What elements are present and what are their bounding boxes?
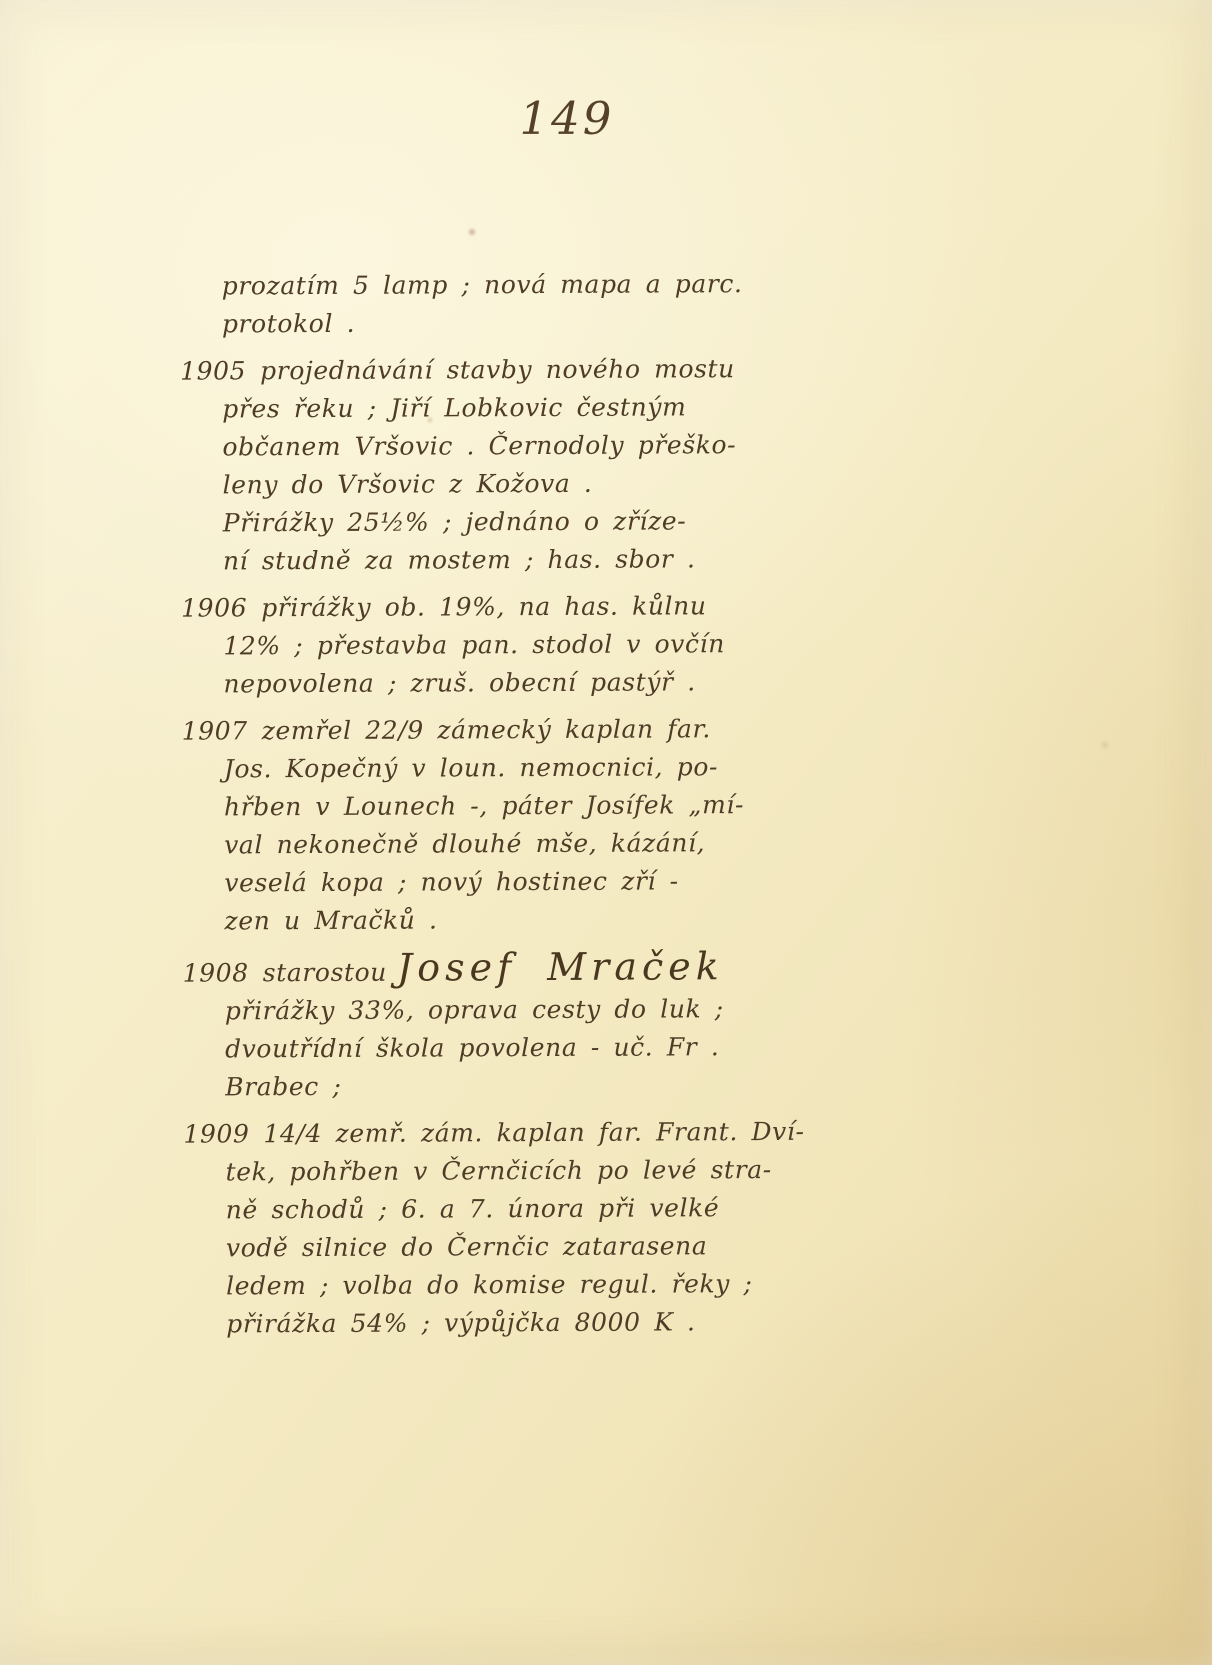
entry-first-line-text: projednávání stavby nového mostu xyxy=(260,354,735,385)
handwritten-line: veselá kopa ; nový hostinec zří - xyxy=(182,861,902,902)
year-entries: 1905projednávání stavby nového mostupřes… xyxy=(180,349,904,1343)
chronicle-scanned-page: 149 prozatím 5 lamp ; nová mapa a parc.p… xyxy=(0,0,1212,1665)
entry-first-line-text: zemřel 22/9 zámecký kaplan far. xyxy=(262,714,711,745)
handwritten-line: 12% ; přestavba pan. stodol v ovčín xyxy=(181,624,901,665)
handwritten-line: nepovolena ; zruš. obecní pastýř . xyxy=(181,662,901,703)
entry-year: 1905 xyxy=(180,356,246,385)
entry-year: 1908 xyxy=(183,958,249,987)
handwritten-line: Jos. Kopečný v loun. nemocnici, po- xyxy=(182,747,902,788)
handwritten-line: Brabec ; xyxy=(183,1065,903,1106)
handwritten-line: tek, pohřben v Černčicích po levé stra- xyxy=(184,1150,904,1191)
handwritten-line: zen u Mračků . xyxy=(182,899,902,940)
handwritten-line: ní studně za mostem ; has. sbor . xyxy=(181,539,901,580)
handwritten-line: 1906přirážky ob. 19%, na has. kůlnu xyxy=(181,586,901,627)
year-entry: 1905projednávání stavby nového mostupřes… xyxy=(180,349,901,580)
handwritten-line: dvoutřídní škola povolena - uč. Fr . xyxy=(183,1027,903,1068)
year-entry: 1907zemřel 22/9 zámecký kaplan far.Jos. … xyxy=(182,709,903,940)
handwritten-line: 1907zemřel 22/9 zámecký kaplan far. xyxy=(182,709,902,750)
entry-first-line-text: 14/4 zemř. zám. kaplan far. Frant. Dví- xyxy=(263,1117,804,1148)
handwritten-text-block: prozatím 5 lamp ; nová mapa a parc.proto… xyxy=(180,264,905,1343)
entry-year: 1909 xyxy=(183,1119,249,1148)
handwritten-line: prozatím 5 lamp ; nová mapa a parc. xyxy=(180,264,900,305)
entry-year: 1907 xyxy=(182,716,248,745)
handwritten-line: 1905projednávání stavby nového mostu xyxy=(180,349,900,390)
handwritten-line: ně schodů ; 6. a 7. února při velké xyxy=(184,1188,904,1229)
handwritten-line: leny do Vršovic z Kožova . xyxy=(181,463,901,504)
page-number: 149 xyxy=(0,92,1134,145)
handwritten-line: přirážky 33%, oprava cesty do luk ; xyxy=(183,989,903,1030)
handwritten-line: vodě silnice do Černčic zatarasena xyxy=(184,1226,904,1267)
entry-first-line-text: starostou xyxy=(263,958,387,988)
handwritten-line: Přirážky 25½% ; jednáno o zříze- xyxy=(181,501,901,542)
handwritten-line: 190914/4 zemř. zám. kaplan far. Frant. D… xyxy=(183,1112,903,1153)
handwritten-line: občanem Vršovic . Černodoly přeško- xyxy=(180,425,900,466)
entry-first-line-text: přirážky ob. 19%, na has. kůlnu xyxy=(261,591,706,622)
handwritten-line: ledem ; volba do komise regul. řeky ; xyxy=(184,1264,904,1305)
handwritten-line: přes řeku ; Jiří Lobkovic čestným xyxy=(180,387,900,428)
intro-lines: prozatím 5 lamp ; nová mapa a parc.proto… xyxy=(180,264,900,343)
year-entry: 190914/4 zemř. zám. kaplan far. Frant. D… xyxy=(183,1112,904,1343)
handwritten-line: hřben v Lounech -, páter Josífek „mí- xyxy=(182,785,902,826)
handwritten-line: protokol . xyxy=(180,302,900,343)
entry-year: 1906 xyxy=(181,593,247,622)
handwritten-line: 1908starostouJosef Mraček xyxy=(183,946,903,992)
year-entry: 1906přirážky ob. 19%, na has. kůlnu12% ;… xyxy=(181,586,901,703)
handwritten-line: val nekonečně dlouhé mše, kázání, xyxy=(182,823,902,864)
handwritten-line: přirážka 54% ; výpůjčka 8000 K . xyxy=(184,1302,904,1343)
mayor-name-emphasis: Josef Mraček xyxy=(397,944,724,989)
year-entry: 1908starostouJosef Mračekpřirážky 33%, o… xyxy=(183,946,904,1106)
